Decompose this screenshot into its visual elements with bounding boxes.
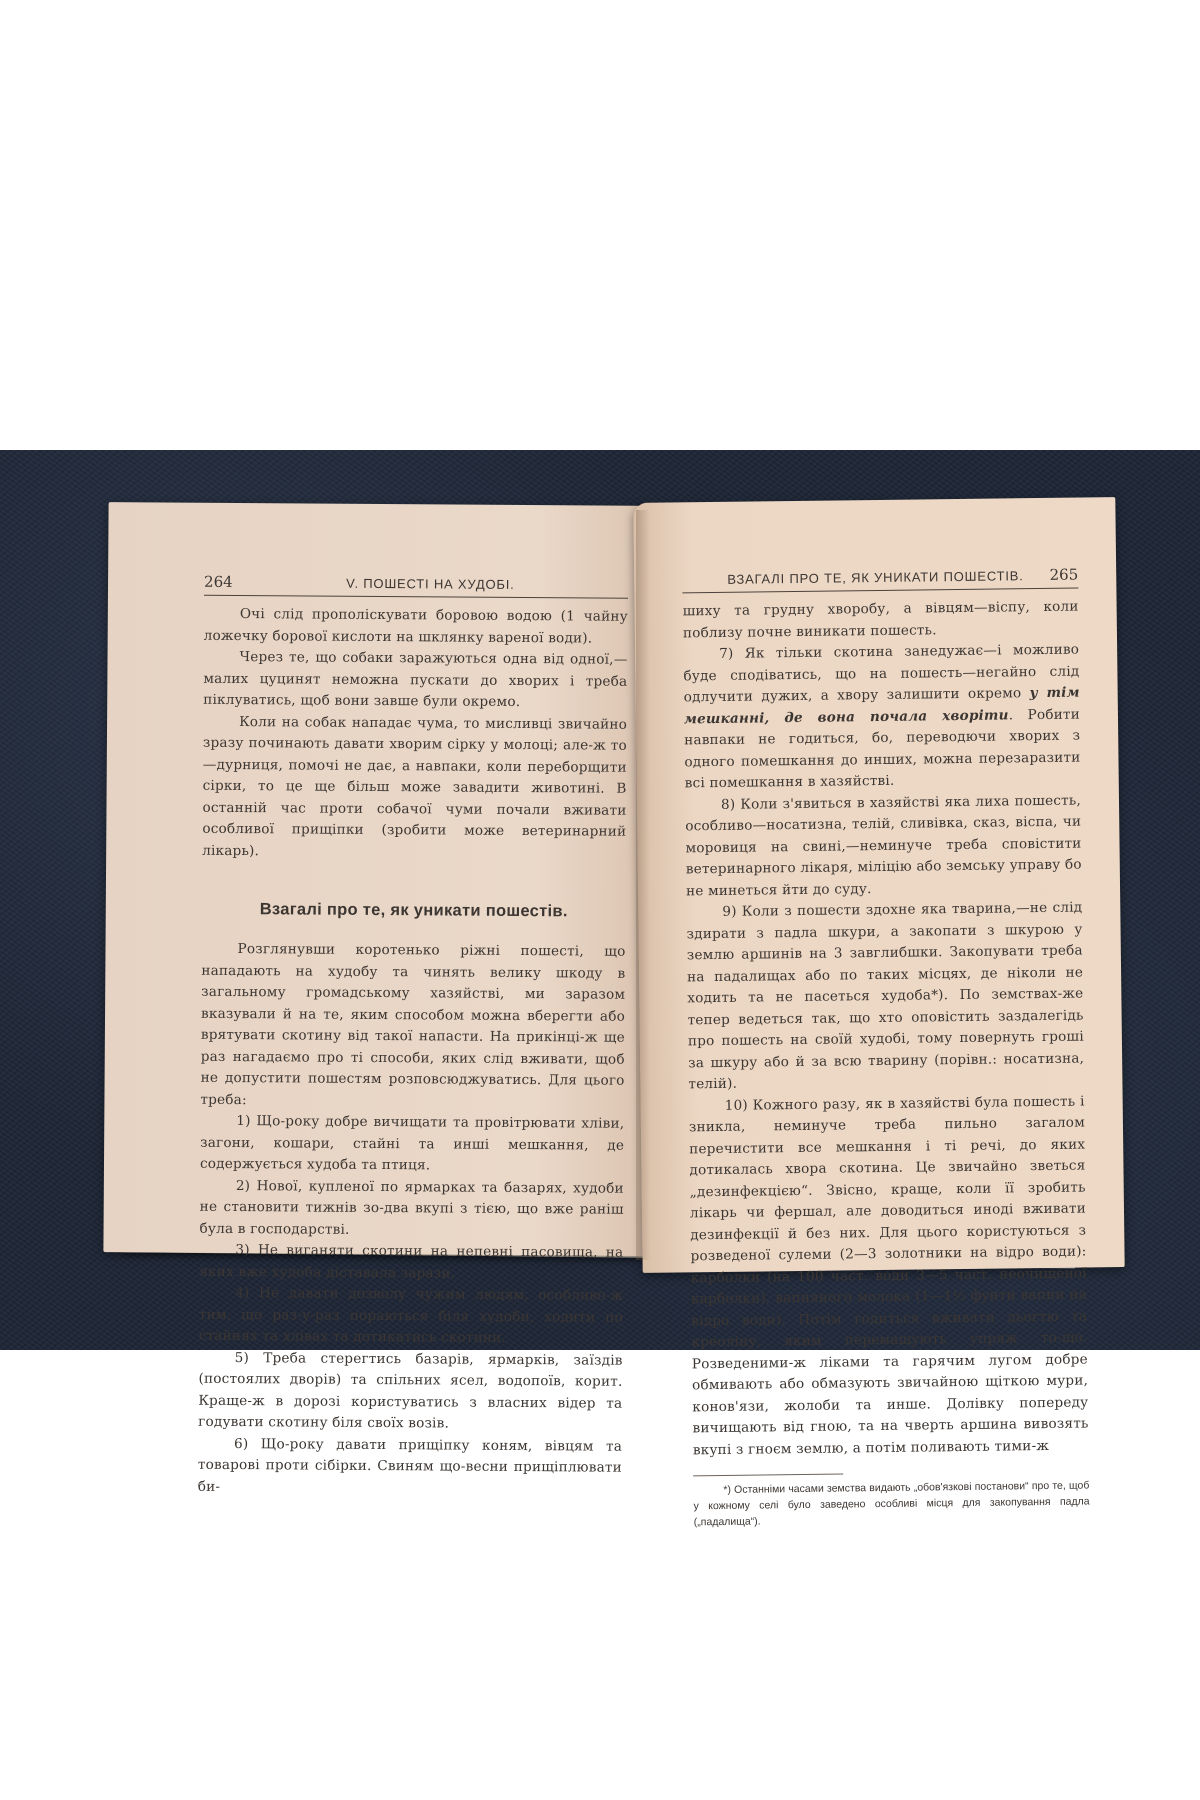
list-item: 3) Не виганяти скотини на непевні пасови… [199, 1240, 623, 1286]
paragraph-continuation: шиху та грудну хворобу, а вівцям—віспу, … [683, 597, 1079, 645]
running-head-title: V. ПОШЕСТІ НА ХУДОБІ. [233, 575, 628, 593]
list-item: 2) Нової, купленої по ярмарках та базаря… [199, 1175, 623, 1242]
list-item: 6) Що-року давати прищіпку коням, вівцям… [198, 1433, 622, 1500]
section-heading: Взагалі про те, як уникати пошестів. [202, 900, 626, 922]
list-item: 1) Що-року добре вичищати та провітрюват… [200, 1111, 624, 1178]
right-page: ВЗАГАЛІ ПРО ТЕ, ЯК УНИКАТИ ПОШЕСТІВ. 265… [633, 497, 1124, 1273]
list-item: 4) Не давати дозволу чужим людям, особли… [199, 1283, 623, 1350]
paragraph: Очі слід прополіскувати боровою водою (1… [204, 604, 628, 650]
list-item: 9) Коли з пошести здохне яка тварина,—не… [686, 898, 1084, 1096]
list-item: 5) Треба стерегтись базарів, ярмарків, з… [198, 1347, 623, 1436]
running-header-left: 264 V. ПОШЕСТІ НА ХУДОБІ. [204, 573, 628, 599]
paragraph: Розглянувши коротенько ріжні пошесті, що… [200, 939, 625, 1114]
running-head-title: ВЗАГАЛІ ПРО ТЕ, ЯК УНИКАТИ ПОШЕСТІВ. [682, 568, 1050, 587]
list-item: 10) Кожного разу, як в хазяйстві була по… [689, 1091, 1089, 1461]
text-run: 7) Як тільки скотина занедужає—і можливо… [683, 642, 1079, 706]
footnote-rule [693, 1473, 843, 1476]
list-item: 7) Як тільки скотина занедужає—і можливо… [683, 640, 1081, 795]
running-header-right: ВЗАГАЛІ ПРО ТЕ, ЯК УНИКАТИ ПОШЕСТІВ. 265 [682, 566, 1078, 594]
left-page: 264 V. ПОШЕСТІ НА ХУДОБІ. Очі слід пропо… [103, 502, 648, 1256]
footnote: *) Останніми часами земства видають „обо… [693, 1477, 1090, 1530]
page-number: 265 [1049, 566, 1078, 584]
paragraph: Коли на собак нападає чума, то мисливці … [202, 711, 627, 864]
page-number: 264 [204, 573, 233, 591]
list-item: 8) Коли з'явиться в хазяйстві яка лиха п… [685, 790, 1082, 902]
paragraph: Через те, що собаки заражуються одна від… [203, 647, 627, 714]
